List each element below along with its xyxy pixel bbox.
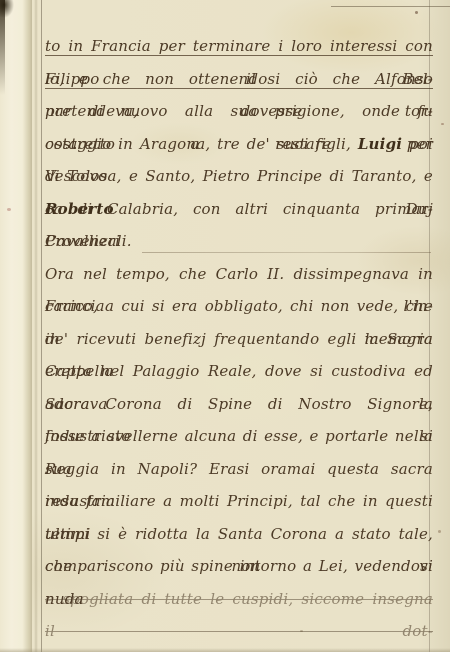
manuscript-line: e spogliata di tutte le cuspidi, siccome…	[45, 583, 433, 616]
paper-speck	[7, 208, 11, 211]
paper-speck	[441, 123, 444, 125]
paper-crease	[34, 0, 38, 652]
line-text: ostaggio in Aragona, tre de' suoi figli,	[45, 135, 358, 153]
manuscript-line: de' ricevuti benefizj frequentando egli …	[45, 323, 433, 356]
line-text: di Tolosa, e Santo, Pietro Principe di T…	[45, 167, 433, 185]
manuscript-line: fosse a svellerne alcuna di esse, e port…	[45, 420, 433, 453]
top-margin-rule	[331, 6, 450, 7]
line-text: e spogliata di tutte le cuspidi, siccome…	[45, 590, 433, 641]
manuscript-line: to in Francia per terminare i loro inter…	[45, 30, 433, 63]
page-bottom-shadow	[0, 648, 450, 652]
line-filler-stroke	[142, 252, 431, 253]
manuscript-line: nar di nuovo alla sua prigione, onde fu …	[45, 95, 433, 128]
paper-speck	[438, 530, 441, 533]
manuscript-line: ostaggio in Aragona, tre de' suoi figli,…	[45, 128, 433, 161]
manuscript-line: di Tolosa, e Santo, Pietro Principe di T…	[45, 160, 433, 193]
manuscript-line: tempi si è ridotta la Santa Corona a sta…	[45, 518, 433, 551]
manuscript-line: compariscono più spine intorno a Lei, ve…	[45, 550, 433, 583]
manuscript-line: Ora nel tempo, che Carlo II. dissimpegna…	[45, 258, 433, 291]
manuscript-line: resa familiare a molti Principi, tal che…	[45, 485, 433, 518]
emphasized-word: Luigi	[358, 135, 402, 153]
manuscript-line: Sacra Corona di Spine di Nostro Signore,…	[45, 388, 433, 421]
paper-speck	[415, 11, 418, 14]
manuscript-text-block: to in Francia per terminare i loro inter…	[45, 30, 433, 615]
manuscript-line: Provenzali.	[45, 225, 433, 258]
page-edge-strip	[0, 0, 32, 652]
left-margin-rule	[41, 0, 42, 652]
manuscript-line: ca di Calabria, con altri cinquanta prim…	[45, 193, 433, 226]
scanned-manuscript-page: to in Francia per terminare i loro inter…	[0, 0, 450, 652]
manuscript-line: Reggia in Napoli? Erasi oramai questa sa…	[45, 453, 433, 486]
manuscript-line: lo, e che non ottenendosi ciò che Alfons…	[45, 63, 433, 96]
scan-corner-shadow	[0, 0, 14, 18]
line-text: Provenzali.	[45, 225, 132, 258]
manuscript-line: carico, a cui si era obbligato, chi non …	[45, 290, 433, 323]
manuscript-line: eretta nel Palaggio Reale, dove si custo…	[45, 355, 433, 388]
